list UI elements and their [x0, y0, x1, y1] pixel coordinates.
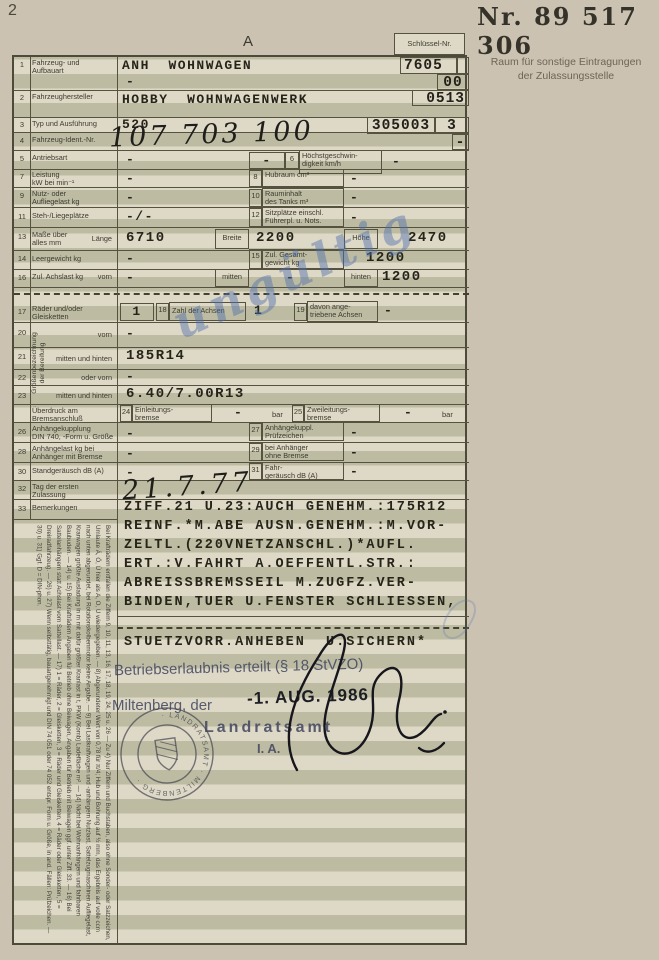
value-dual-line-brake: - [404, 405, 413, 420]
label-vehicle-type: Fahrzeug- und Aufbauart [30, 58, 116, 77]
label-length: Länge [74, 234, 114, 244]
label-payload: Nutz- oder Aufliegelast kg [30, 189, 116, 208]
value-power: - [126, 171, 135, 186]
label-type: Typ und Ausführung [30, 119, 116, 129]
value-tires-mid-rear2: 6.40/7.00R13 [126, 386, 245, 402]
value-displacement: - [350, 171, 359, 186]
remarks-line: ZELTL.(220VNETZANSCHL.)*AUFL. [124, 538, 417, 553]
row-number: 19 [294, 303, 307, 321]
wheels-value-box: 1 [120, 303, 154, 321]
row-number: 32 [14, 483, 30, 493]
row-number: 4 [14, 135, 30, 145]
value-tank-volume: - [350, 190, 359, 205]
grid-line [14, 150, 469, 151]
label-single-line-brake: Einleitungs- bremse [132, 404, 212, 422]
key-column-header: Schlüssel-Nr. [394, 33, 465, 55]
label-seats: Sitzplätze einschl. Führerpl. u. Nots. [262, 207, 344, 227]
label-drive-type: Antriebsart [30, 153, 116, 163]
grid-line [14, 369, 469, 370]
row-number: 12 [249, 208, 262, 227]
signature [269, 612, 449, 792]
label-tire-size-group: Größenbezeichnung der Bereifung [31, 322, 51, 404]
value-vin-handwritten: 107 703 100 [109, 115, 315, 153]
row-number: 5 [14, 153, 30, 163]
label-driven-axles: davon ange- triebene Achsen [307, 301, 378, 322]
label-driving-noise: Fahr- geräusch dB (A) [262, 462, 344, 480]
remarks-line: ZIFF.21 U.23:AUCH GENEHM.:175R12 [124, 500, 447, 515]
value-standing-places: -/- [126, 209, 154, 224]
label-first-registration: Tag der ersten Zulassung [30, 482, 116, 501]
row-number: 8 [249, 170, 262, 187]
label-power: Leistung kW bei min⁻¹ [30, 170, 116, 189]
label-standing-places: Steh-/Liegeplätze [30, 211, 116, 221]
label-wheels-tracks: Räder und/oder Gleisketten [30, 304, 116, 323]
value-max-speed: - [392, 154, 401, 169]
row-number: 16 [14, 272, 30, 282]
label-tires-front: vorn [50, 330, 114, 340]
row-number: 7 [14, 171, 30, 181]
key-value-row2: 0513 [412, 90, 469, 106]
label-tires-mid-rear2: mitten und hinten [50, 391, 114, 401]
row-number: 27 [249, 423, 262, 441]
remarks-line: ABREISSBREMSSEIL M.ZUGFZ.VER- [124, 576, 417, 591]
remarks-line: ERT.:V.FAHRT A.OEFFENTL.STR.: [124, 557, 417, 572]
label-manufacturer: Fahrzeughersteller [30, 92, 116, 102]
row-number: 11 [14, 211, 30, 221]
remarks-line: BINDEN,TUER U.FENSTER SCHLIESSEN, [124, 595, 457, 610]
key-check-empty [457, 57, 469, 74]
unit-bar: bar [442, 410, 453, 419]
label-trailer-unbraked: bei Anhänger ohne Bremse [262, 442, 344, 461]
drive-type-code-box: - [249, 152, 285, 169]
label-dual-line-brake: Zweileitungs- bremse [304, 404, 380, 422]
remarks-line: REINF.*M.ABE AUSN.GENEHM.:M.VOR- [124, 519, 447, 534]
label-front: vorn [76, 272, 114, 282]
row-number: 9 [14, 190, 30, 200]
row-number: 24 [120, 405, 132, 422]
page-number: 2 [8, 2, 17, 20]
label-empty-weight: Leergewicht kg [30, 254, 116, 264]
unit-bar: bar [272, 410, 283, 419]
row-number: 25 [292, 405, 304, 422]
official-seal: · LANDRATSAMT · MILTENBERG · [103, 690, 232, 819]
margin-footnotes: Bei Krafträdern entfallen die Ziffern 9,… [16, 525, 112, 943]
row-number: 33 [14, 503, 30, 513]
value-tires-front: - [126, 326, 135, 341]
section-letter: A [243, 33, 253, 50]
value-length: 6710 [126, 230, 166, 246]
value-tires-or-front: - [126, 369, 135, 384]
value-single-line-brake: - [234, 405, 243, 420]
row-number: 29 [249, 443, 262, 461]
value-axle-front: - [126, 270, 135, 285]
form-table: 7605 00 0513 305003 3 - 1 Fahrzeug- und … [12, 55, 467, 945]
label-vin: Fahrzeug-Ident.-Nr. [30, 135, 116, 145]
value-vehicle-type-2: - [126, 74, 135, 89]
value-coupling: - [126, 426, 135, 441]
row-number: 23 [14, 390, 30, 400]
key-value-row3: 305003 [367, 117, 435, 134]
row-number: 10 [249, 189, 262, 207]
value-tires-mid-rear: 185R14 [126, 348, 185, 364]
label-trailer-load-braked: Anhängelast kg bei Anhänger mit Bremse [30, 444, 116, 463]
row-number: 1 [14, 59, 30, 69]
row-number: 28 [14, 446, 30, 456]
row-number: 13 [14, 231, 30, 241]
value-manufacturer: HOBBY WOHNWAGENWERK [122, 92, 308, 107]
label-standing-noise: Standgeräusch dB (A) [30, 466, 116, 476]
grid-line [14, 347, 469, 348]
value-driving-noise: - [350, 464, 359, 479]
value-payload: - [126, 190, 135, 205]
value-trailer-load-braked: - [126, 446, 135, 461]
grid-line [14, 90, 469, 91]
row-number: 2 [14, 92, 30, 102]
row-number: 17 [14, 306, 30, 316]
value-empty-weight: - [126, 251, 135, 266]
key-value-row4: - [452, 134, 469, 150]
row-number: 21 [14, 351, 30, 361]
label-tires-or-front: oder vorn [50, 373, 114, 383]
label-displacement: Hubraum cm³ [262, 169, 344, 187]
key-value-row1b: 00 [437, 74, 469, 90]
label-coupling-mark: Anhängekuppl. Prüfzeichen [262, 422, 344, 441]
value-coupling-mark: - [350, 425, 359, 440]
row-number: 3 [14, 119, 30, 129]
serial-number: Nr. 89 517 306 [477, 2, 659, 60]
value-axle-rear: 1200 [382, 269, 422, 285]
key-value-row1: 7605 [400, 57, 457, 74]
label-brake-pressure: Überdruck am Bremsanschluß [30, 406, 116, 425]
label-tank-volume: Rauminhalt des Tanks m³ [262, 188, 344, 207]
row-number: 20 [14, 327, 30, 337]
row-number: 22 [14, 372, 30, 382]
vehicle-registration-document: 2 Nr. 89 517 306 Raum für sonstige Eintr… [0, 0, 659, 960]
row-number: 30 [14, 466, 30, 476]
value-driven-axles: - [384, 303, 393, 318]
row-number: 14 [14, 253, 30, 263]
value-vehicle-type: ANH WOHNWAGEN [122, 58, 252, 73]
label-remarks: Bemerkungen [30, 503, 116, 513]
value-trailer-unbraked: - [350, 445, 359, 460]
margin-note: Raum für sonstige Eintragungen der Zulas… [478, 55, 654, 83]
value-drive-type: - [126, 152, 135, 167]
row-number: 26 [14, 426, 30, 436]
key-check-row3: 3 [435, 117, 469, 134]
label-coupling: Anhängekupplung DIN 740, -Form u. Größe [30, 424, 116, 443]
label-width: Breite [215, 229, 249, 249]
label-tires-mid-rear: mitten und hinten [50, 354, 114, 364]
row-number: 6 [285, 152, 299, 169]
grid-line [14, 519, 117, 520]
